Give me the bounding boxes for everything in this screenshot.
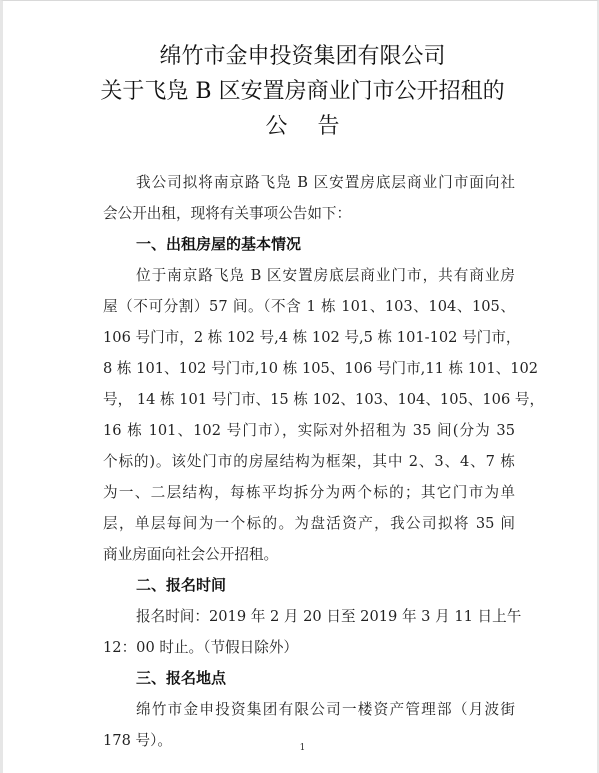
document-body: 我公司拟将南京路飞凫 B 区安置房底层商业门市面向社 会公开出租，现将有关事项公… xyxy=(103,167,515,756)
title-notice-char-2: 告 xyxy=(318,114,340,139)
document-title: 绵竹市金申投资集团有限公司 关于飞凫 B 区安置房商业门市公开招租的 公告 xyxy=(3,39,599,144)
paragraph-line: 16 栋 101、102 号门市），实际对外招租为 35 间(分为 35 xyxy=(103,415,515,446)
paragraph-line: 报名时间：2019 年 2 月 20 日至 2019 年 3 月 11 日上午 xyxy=(103,601,515,632)
paragraph-line: 位于南京路飞凫 B 区安置房底层商业门市，共有商业房 xyxy=(103,260,515,291)
paragraph-line: 12：00 时止。（节假日除外） xyxy=(103,632,515,663)
paragraph-line: 为一、二层结构，每栋平均拆分为两个标的；其它门市为单 xyxy=(103,477,515,508)
section-heading-registration-location: 三、报名地点 xyxy=(103,663,515,694)
title-notice-char-1: 公 xyxy=(265,114,287,139)
title-subject: 关于飞凫 B 区安置房商业门市公开招租的 xyxy=(3,74,599,109)
title-notice: 公告 xyxy=(3,109,599,144)
paragraph-line: 个标的)。该处门市的房屋结构为框架，其中 2、3、4、7 栋 xyxy=(103,446,515,477)
paragraph-line: 层，单层每间为一个标的。为盘活资产，我公司拟将 35 间 xyxy=(103,508,515,539)
intro-line: 会公开出租，现将有关事项公告如下： xyxy=(103,198,515,229)
page-number: 1 xyxy=(3,743,599,753)
section-heading-registration-time: 二、报名时间 xyxy=(103,570,515,601)
paragraph-line: 商业房面向社会公开招租。 xyxy=(103,539,515,570)
intro-line: 我公司拟将南京路飞凫 B 区安置房底层商业门市面向社 xyxy=(103,167,515,198)
paragraph-line: 106 号门市，2 栋 102 号,4 栋 102 号,5 栋 101-102 … xyxy=(103,322,515,353)
paragraph-line: 绵竹市金申投资集团有限公司一楼资产管理部（月波街 xyxy=(103,694,515,725)
section-heading-basic-info: 一、出租房屋的基本情况 xyxy=(103,229,515,260)
title-company: 绵竹市金申投资集团有限公司 xyxy=(3,39,599,74)
paragraph-line: 屋（不可分割）57 间。（不含 1 栋 101、103、104、105、 xyxy=(103,291,515,322)
document-page: 绵竹市金申投资集团有限公司 关于飞凫 B 区安置房商业门市公开招租的 公告 我公… xyxy=(0,0,599,773)
paragraph-line: 号， 14 栋 101 号门市、15 栋 102、103、104、105、106… xyxy=(103,384,515,415)
paragraph-line: 8 栋 101、102 号门市,10 栋 105、106 号门市,11 栋 10… xyxy=(103,353,515,384)
